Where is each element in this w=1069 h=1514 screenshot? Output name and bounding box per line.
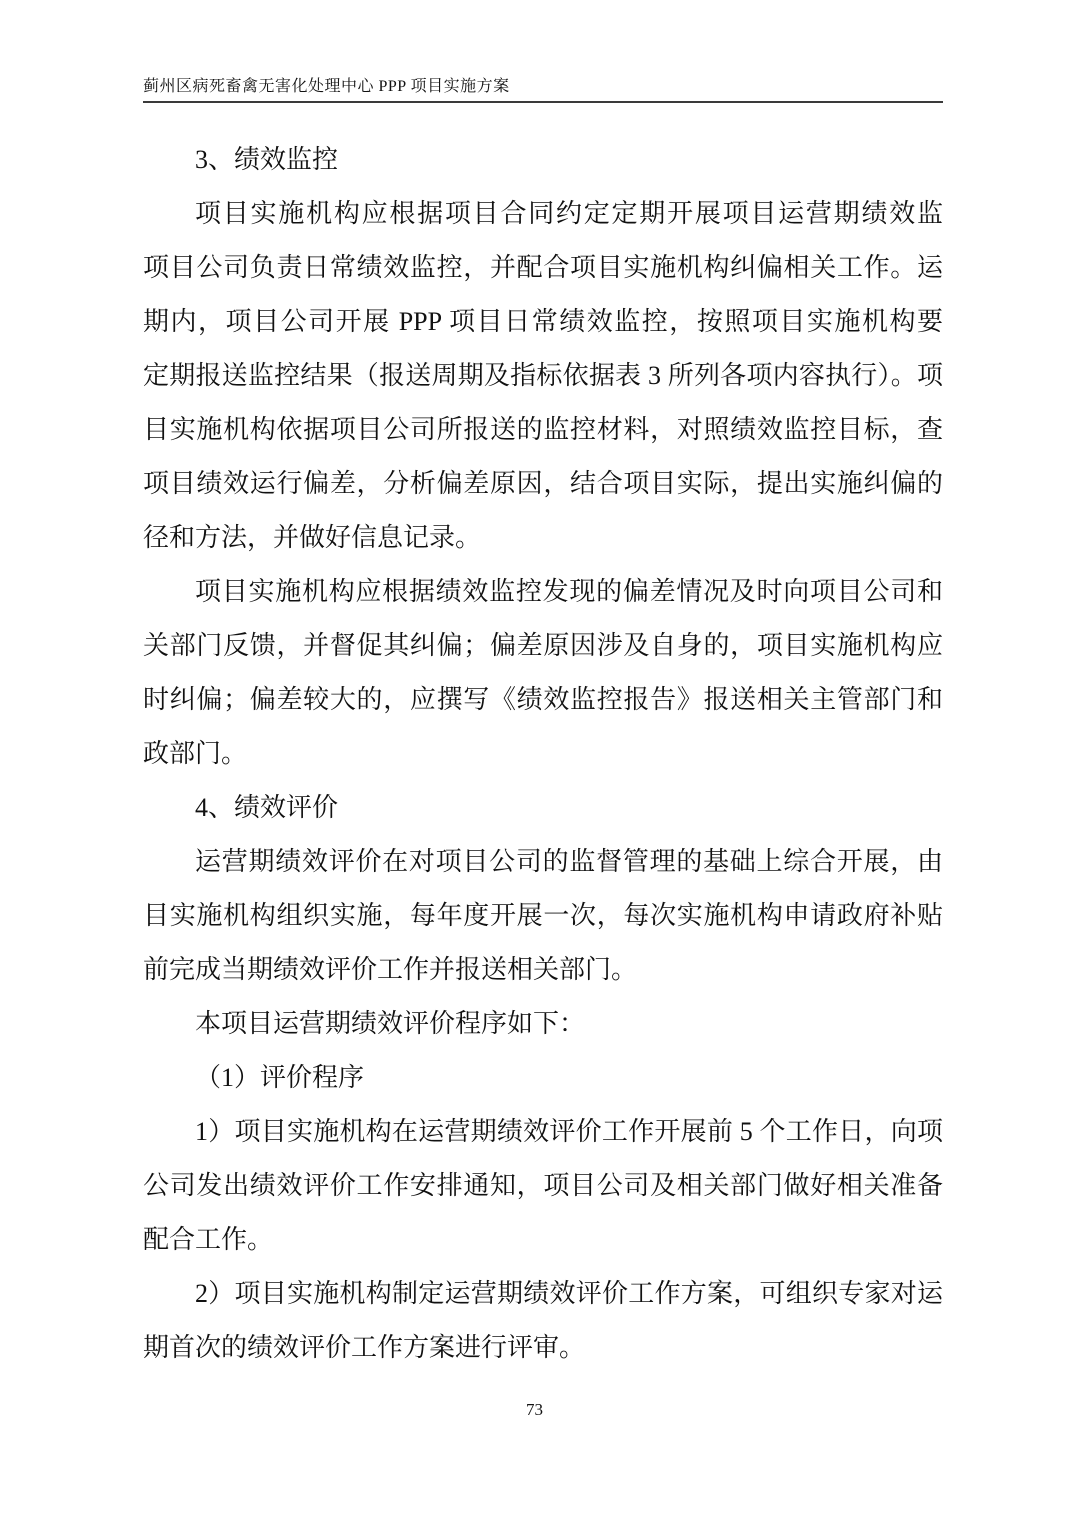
text-line: 项目绩效运行偏差，分析偏差原因，结合项目实际，提出实施纠偏的路	[143, 457, 943, 511]
text-line: 2）项目实施机构制定运营期绩效评价工作方案，可组织专家对运营	[143, 1267, 943, 1321]
text-line: 3、绩效监控	[143, 133, 943, 187]
paragraph-8-body: 1）项目实施机构在运营期绩效评价工作开展前 5 个工作日，向项目公司发出绩效评价…	[143, 1105, 943, 1267]
paragraph-3-body: 项目实施机构应根据绩效监控发现的偏差情况及时向项目公司和相关部门反馈，并督促其纠…	[143, 565, 943, 781]
paragraph-4-heading: 4、绩效评价	[143, 781, 943, 835]
paragraph-6-body: 本项目运营期绩效评价程序如下：	[143, 997, 943, 1051]
paragraph-5-body: 运营期绩效评价在对项目公司的监督管理的基础上综合开展，由项目实施机构组织实施，每…	[143, 835, 943, 997]
text-line: 4、绩效评价	[143, 781, 943, 835]
text-line: 项目实施机构应根据项目合同约定定期开展项目运营期绩效监控，	[143, 187, 943, 241]
text-line: 前完成当期绩效评价工作并报送相关部门。	[143, 943, 943, 997]
page-header-title: 蓟州区病死畜禽无害化处理中心 PPP 项目实施方案	[143, 76, 943, 98]
text-line: 目实施机构依据项目公司所报送的监控材料，对照绩效监控目标，查找	[143, 403, 943, 457]
document-page: 蓟州区病死畜禽无害化处理中心 PPP 项目实施方案 3、绩效监控项目实施机构应根…	[0, 0, 1069, 1514]
header-rule	[143, 101, 943, 103]
text-line: 关部门反馈，并督促其纠偏；偏差原因涉及自身的，项目实施机构应及	[143, 619, 943, 673]
text-line: （1）评价程序	[143, 1051, 943, 1105]
page-number: 73	[526, 1400, 543, 1419]
paragraph-9-body: 2）项目实施机构制定运营期绩效评价工作方案，可组织专家对运营期首次的绩效评价工作…	[143, 1267, 943, 1375]
text-line: 定期报送监控结果（报送周期及指标依据表 3 所列各项内容执行）。项	[143, 349, 943, 403]
text-line: 项目实施机构应根据绩效监控发现的偏差情况及时向项目公司和相	[143, 565, 943, 619]
text-line: 项目公司负责日常绩效监控，并配合项目实施机构纠偏相关工作。运营	[143, 241, 943, 295]
text-line: 1）项目实施机构在运营期绩效评价工作开展前 5 个工作日，向项目	[143, 1105, 943, 1159]
page-footer: 73	[0, 1400, 1069, 1420]
text-line: 配合工作。	[143, 1213, 943, 1267]
text-line: 运营期绩效评价在对项目公司的监督管理的基础上综合开展，由项	[143, 835, 943, 889]
text-line: 本项目运营期绩效评价程序如下：	[143, 997, 943, 1051]
text-line: 径和方法，并做好信息记录。	[143, 511, 943, 565]
text-line: 时纠偏；偏差较大的，应撰写《绩效监控报告》报送相关主管部门和财	[143, 673, 943, 727]
text-line: 期首次的绩效评价工作方案进行评审。	[143, 1321, 943, 1375]
paragraph-2-body: 项目实施机构应根据项目合同约定定期开展项目运营期绩效监控，项目公司负责日常绩效监…	[143, 187, 943, 565]
paragraph-1-heading: 3、绩效监控	[143, 133, 943, 187]
text-line: 政部门。	[143, 727, 943, 781]
text-line: 公司发出绩效评价工作安排通知，项目公司及相关部门做好相关准备和	[143, 1159, 943, 1213]
text-line: 期内，项目公司开展 PPP 项目日常绩效监控，按照项目实施机构要求，	[143, 295, 943, 349]
document-body: 3、绩效监控项目实施机构应根据项目合同约定定期开展项目运营期绩效监控，项目公司负…	[143, 133, 943, 1375]
paragraph-7-subheading: （1）评价程序	[143, 1051, 943, 1105]
text-line: 目实施机构组织实施，每年度开展一次，每次实施机构申请政府补贴之	[143, 889, 943, 943]
